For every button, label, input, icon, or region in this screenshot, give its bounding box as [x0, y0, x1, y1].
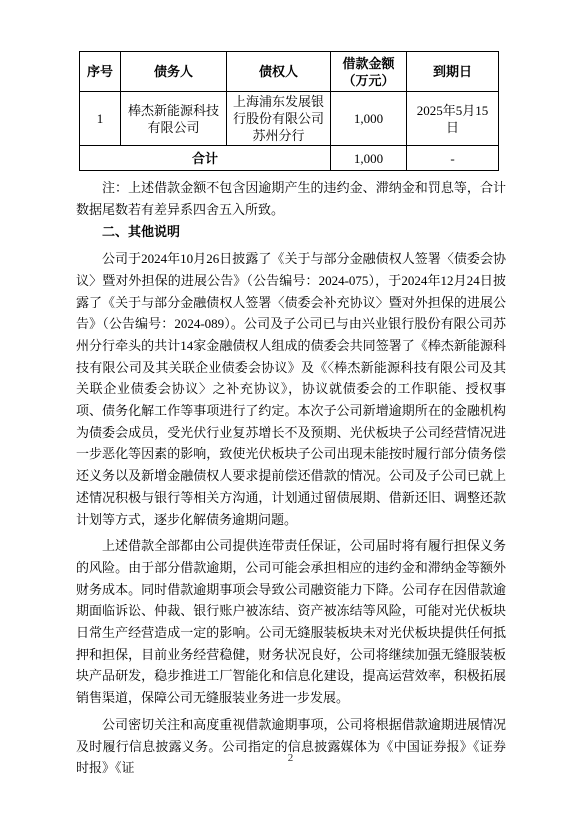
paragraph-disclosure-history: 公司于2024年10月26日披露了《关于与部分金融债权人签署〈债委会协议〉暨对外… [76, 248, 506, 530]
col-header-creditor: 债权人 [227, 52, 331, 92]
total-label: 合计 [80, 146, 331, 171]
table-total-row: 合计 1,000 - [80, 146, 499, 171]
total-due-date: - [407, 146, 499, 171]
document-page: 序号 债务人 债权人 借款金额（万元） 到期日 1 棒杰新能源科技有限公司 上海… [0, 0, 581, 813]
loan-table: 序号 债务人 债权人 借款金额（万元） 到期日 1 棒杰新能源科技有限公司 上海… [79, 51, 499, 171]
total-amount: 1,000 [331, 146, 407, 171]
page-number: 2 [0, 752, 581, 764]
col-header-due-date: 到期日 [407, 52, 499, 92]
cell-seq: 1 [80, 92, 121, 146]
cell-due-date: 2025年5月15日 [407, 92, 499, 146]
col-header-debtor: 债务人 [121, 52, 227, 92]
cell-debtor: 棒杰新能源科技有限公司 [121, 92, 227, 146]
cell-creditor: 上海浦东发展银行股份有限公司苏州分行 [227, 92, 331, 146]
col-header-seq: 序号 [80, 52, 121, 92]
table-row: 1 棒杰新能源科技有限公司 上海浦东发展银行股份有限公司苏州分行 1,000 2… [80, 92, 499, 146]
paragraph-risk-statement: 上述借款全部都由公司提供连带责任保证，公司届时将有履行担保义务的风险。由于部分借… [76, 535, 506, 709]
table-header-row: 序号 债务人 债权人 借款金额（万元） 到期日 [80, 52, 499, 92]
paragraph-info-disclosure: 公司密切关注和高度重视借款逾期事项，公司将根据借款逾期进展情况及时履行信息披露义… [76, 714, 506, 779]
col-header-amount: 借款金额（万元） [331, 52, 407, 92]
table-note: 注：上述借款金额不包含因逾期产生的违约金、滞纳金和罚息等，合计数据尾数若有差异系… [76, 177, 506, 220]
section-heading: 二、其他说明 [76, 221, 506, 243]
cell-amount: 1,000 [331, 92, 407, 146]
page-content: 序号 债务人 债权人 借款金额（万元） 到期日 1 棒杰新能源科技有限公司 上海… [76, 51, 506, 779]
